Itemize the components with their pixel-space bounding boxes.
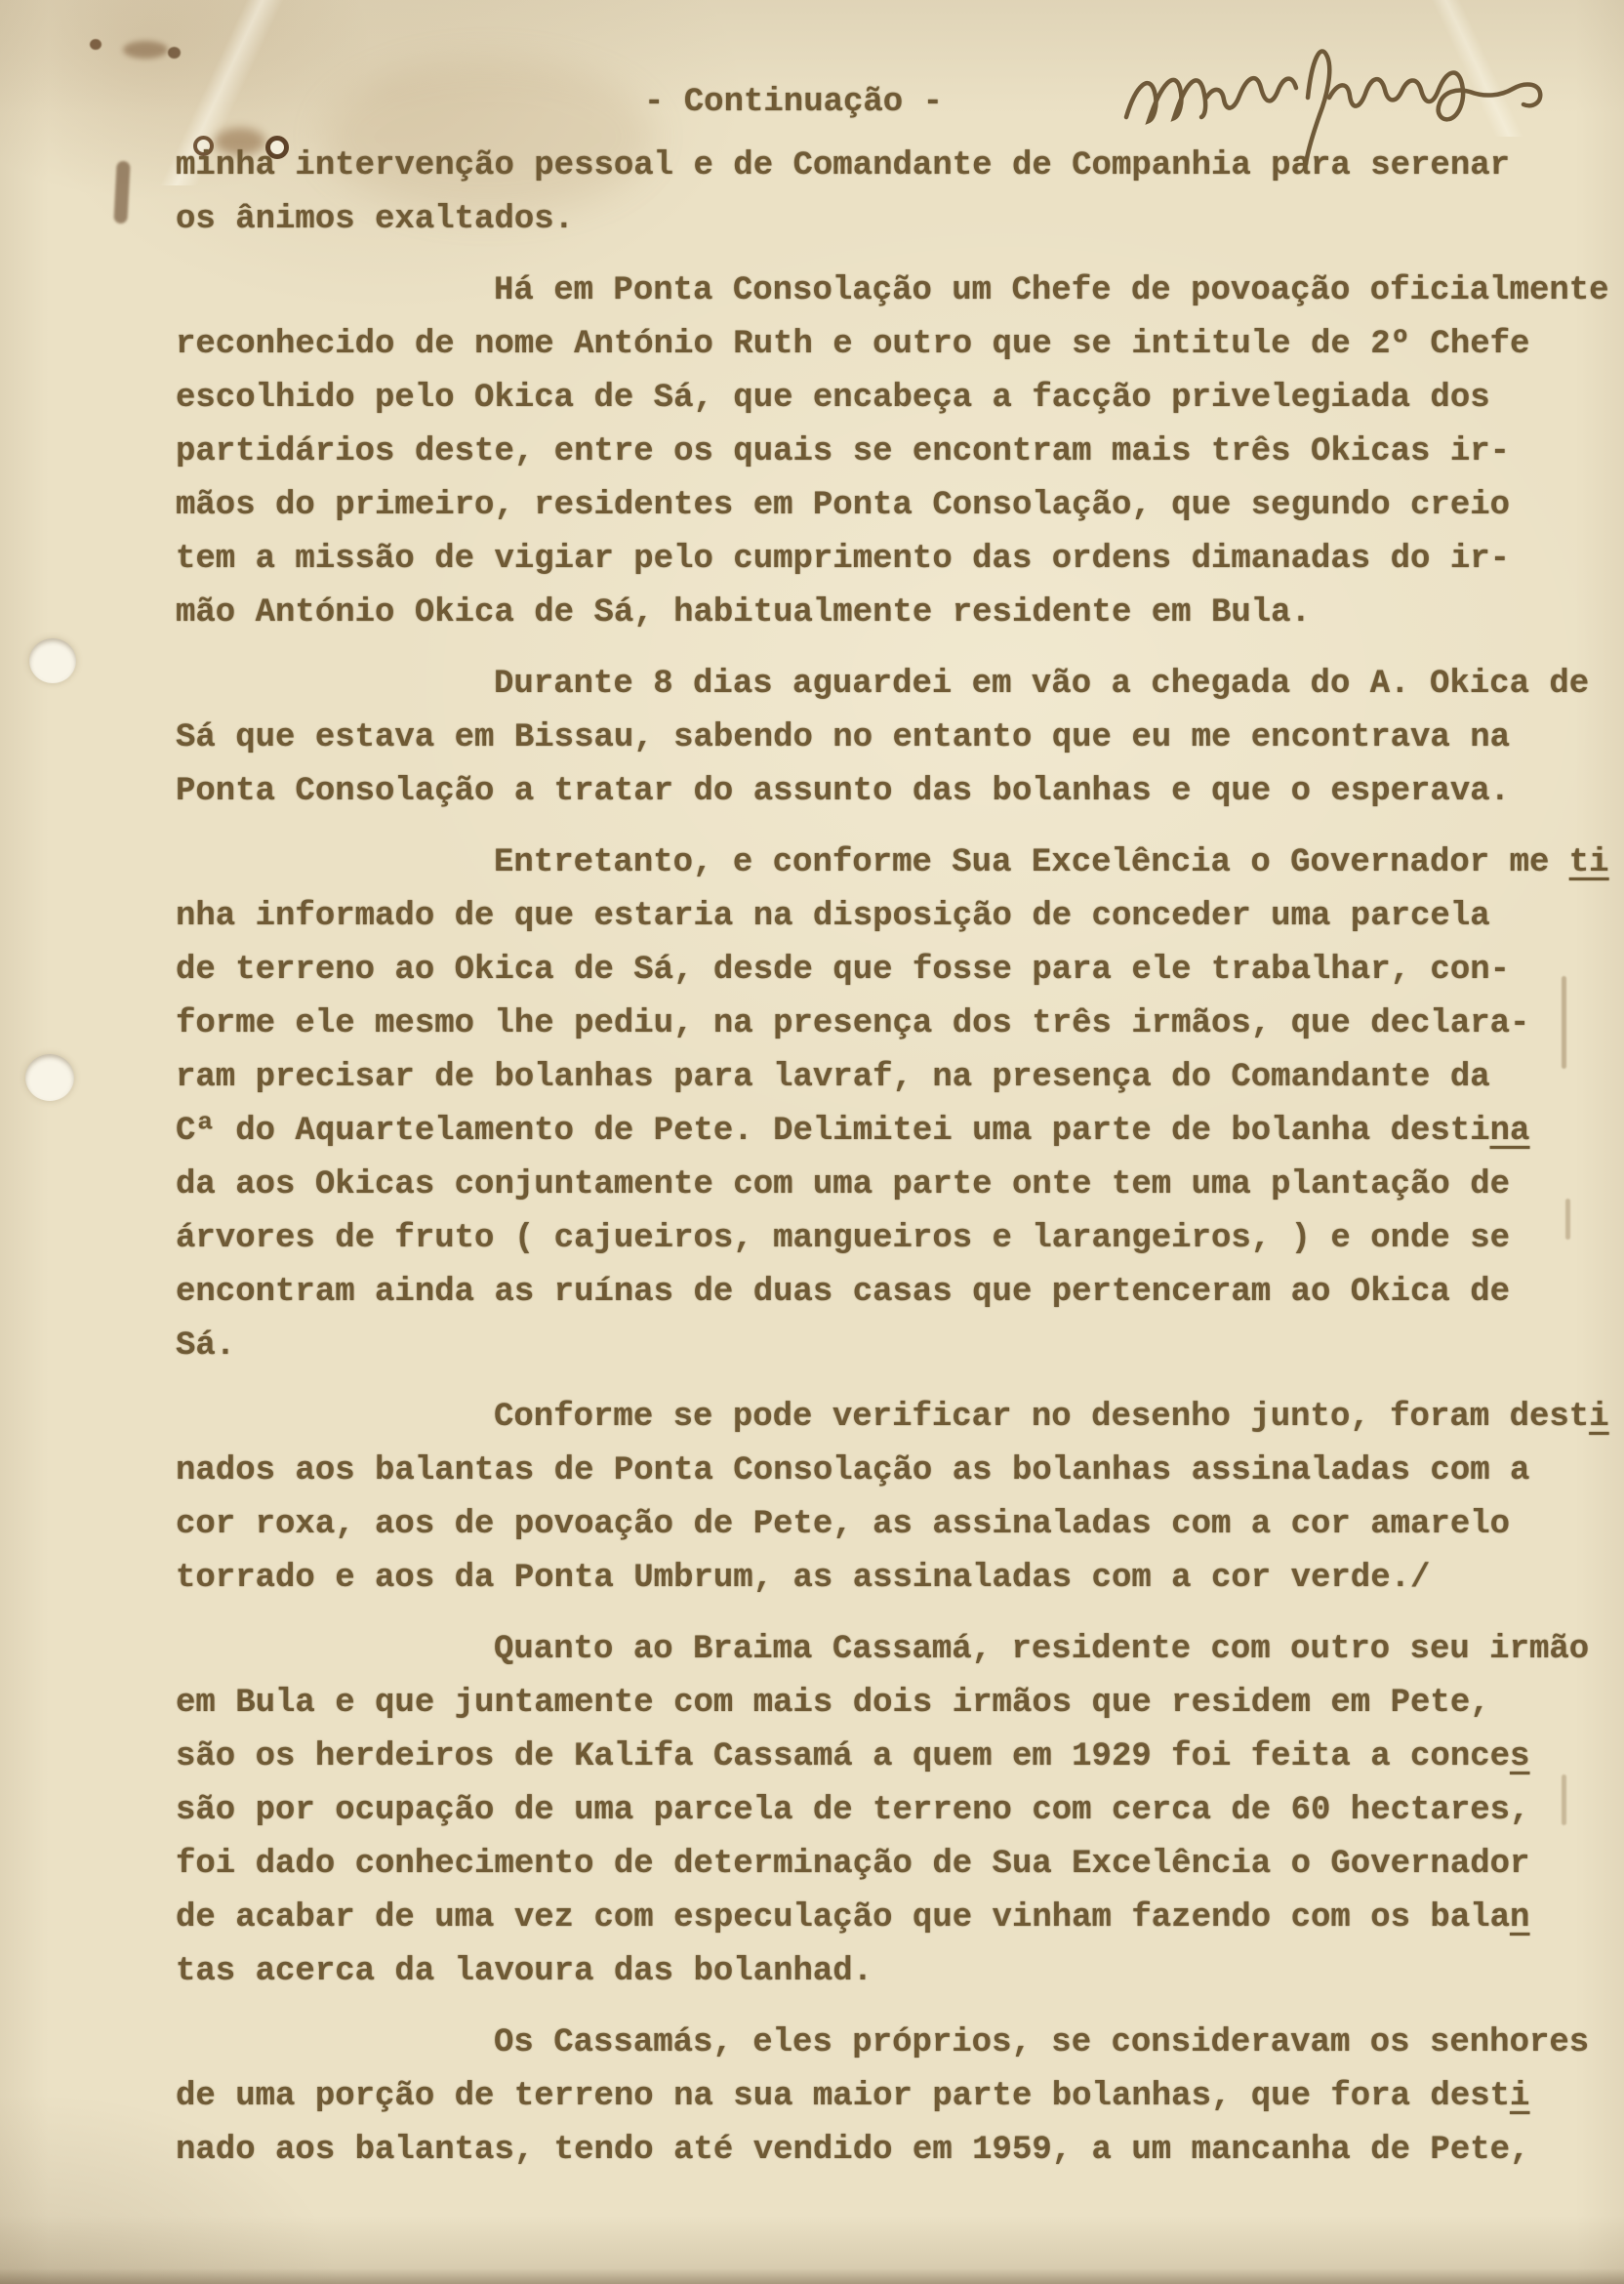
punch-hole xyxy=(29,638,76,683)
text-line: tem a missão de vigiar pelo cumprimento … xyxy=(176,533,1571,587)
text-line: foi dado conhecimento de determinação de… xyxy=(176,1838,1571,1892)
text-line: Ponta Consolação a tratar do assunto das… xyxy=(176,765,1571,819)
page-title: - Continuação - xyxy=(0,84,1605,121)
document-body: minha intervenção pessoal e de Comandant… xyxy=(176,140,1571,2195)
text-line: Entretanto, e conforme Sua Excelência o … xyxy=(176,836,1571,890)
punch-hole xyxy=(25,1054,74,1101)
paragraph: Conforme se pode verificar no desenho ju… xyxy=(176,1391,1571,1606)
text-line: partidários deste, entre os quais se enc… xyxy=(176,426,1571,479)
ink-stain-smudge xyxy=(123,41,168,59)
text-line: árvores de fruto ( cajueiros, mangueiros… xyxy=(176,1212,1571,1266)
text-line: mãos do primeiro, residentes em Ponta Co… xyxy=(176,479,1571,533)
text-line: ram precisar de bolanhas para lavraf, na… xyxy=(176,1051,1571,1105)
text-line: de terreno ao Okica de Sá, desde que fos… xyxy=(176,944,1571,998)
text-line: nado aos balantas, tendo até vendido em … xyxy=(176,2124,1571,2178)
text-line: nha informado de que estaria na disposiç… xyxy=(176,890,1571,944)
paragraph: Os Cassamás, eles próprios, se considera… xyxy=(176,2017,1571,2178)
text-line: de uma porção de terreno na sua maior pa… xyxy=(176,2070,1571,2124)
text-line: são por ocupação de uma parcela de terre… xyxy=(176,1784,1571,1838)
ink-stain-dot xyxy=(90,39,101,50)
text-line: Sá que estava em Bissau, sabendo no enta… xyxy=(176,712,1571,765)
text-line: tas acerca da lavoura das bolanhad. xyxy=(176,1945,1571,1999)
text-line: Cª do Aquartelamento de Pete. Delimitei … xyxy=(176,1105,1571,1159)
text-line: Sá. xyxy=(176,1320,1571,1373)
text-line: encontram ainda as ruínas de duas casas … xyxy=(176,1266,1571,1320)
text-line: escolhido pelo Okica de Sá, que encabeça… xyxy=(176,372,1571,426)
text-line: Há em Ponta Consolação um Chefe de povoa… xyxy=(176,265,1571,318)
text-line: são os herdeiros de Kalifa Cassamá a que… xyxy=(176,1731,1571,1784)
text-line: Durante 8 dias aguardei em vão a chegada… xyxy=(176,658,1571,712)
text-line: Os Cassamás, eles próprios, se considera… xyxy=(176,2017,1571,2070)
text-line: cor roxa, aos de povoação de Pete, as as… xyxy=(176,1498,1571,1552)
text-line: reconhecido de nome António Ruth e outro… xyxy=(176,318,1571,372)
document-page: - Continuação - minha intervenção pessoa… xyxy=(0,0,1624,2284)
paragraph: Entretanto, e conforme Sua Excelência o … xyxy=(176,836,1571,1373)
text-line: de acabar de uma vez com especulação que… xyxy=(176,1892,1571,1945)
paragraph: minha intervenção pessoal e de Comandant… xyxy=(176,140,1571,247)
ink-streak xyxy=(113,161,130,224)
text-line: em Bula e que juntamente com mais dois i… xyxy=(176,1677,1571,1731)
text-line: Quanto ao Braima Cassamá, residente com … xyxy=(176,1623,1571,1677)
paragraph: Durante 8 dias aguardei em vão a chegada… xyxy=(176,658,1571,819)
text-line: os ânimos exaltados. xyxy=(176,193,1571,247)
text-line: minha intervenção pessoal e de Comandant… xyxy=(176,140,1571,193)
text-line: da aos Okicas conjuntamente com uma part… xyxy=(176,1159,1571,1212)
paragraph: Há em Ponta Consolação um Chefe de povoa… xyxy=(176,265,1571,640)
text-line: torrado e aos da Ponta Umbrum, as assina… xyxy=(176,1552,1571,1606)
text-line: Conforme se pode verificar no desenho ju… xyxy=(176,1391,1571,1445)
scan-bottom-edge-shadow xyxy=(0,2268,1624,2284)
text-line: mão António Okica de Sá, habitualmente r… xyxy=(176,587,1571,640)
ink-stain-dot xyxy=(168,47,181,59)
text-line: nados aos balantas de Ponta Consolação a… xyxy=(176,1445,1571,1498)
text-line: forme ele mesmo lhe pediu, na presença d… xyxy=(176,998,1571,1051)
paragraph: Quanto ao Braima Cassamá, residente com … xyxy=(176,1623,1571,1999)
